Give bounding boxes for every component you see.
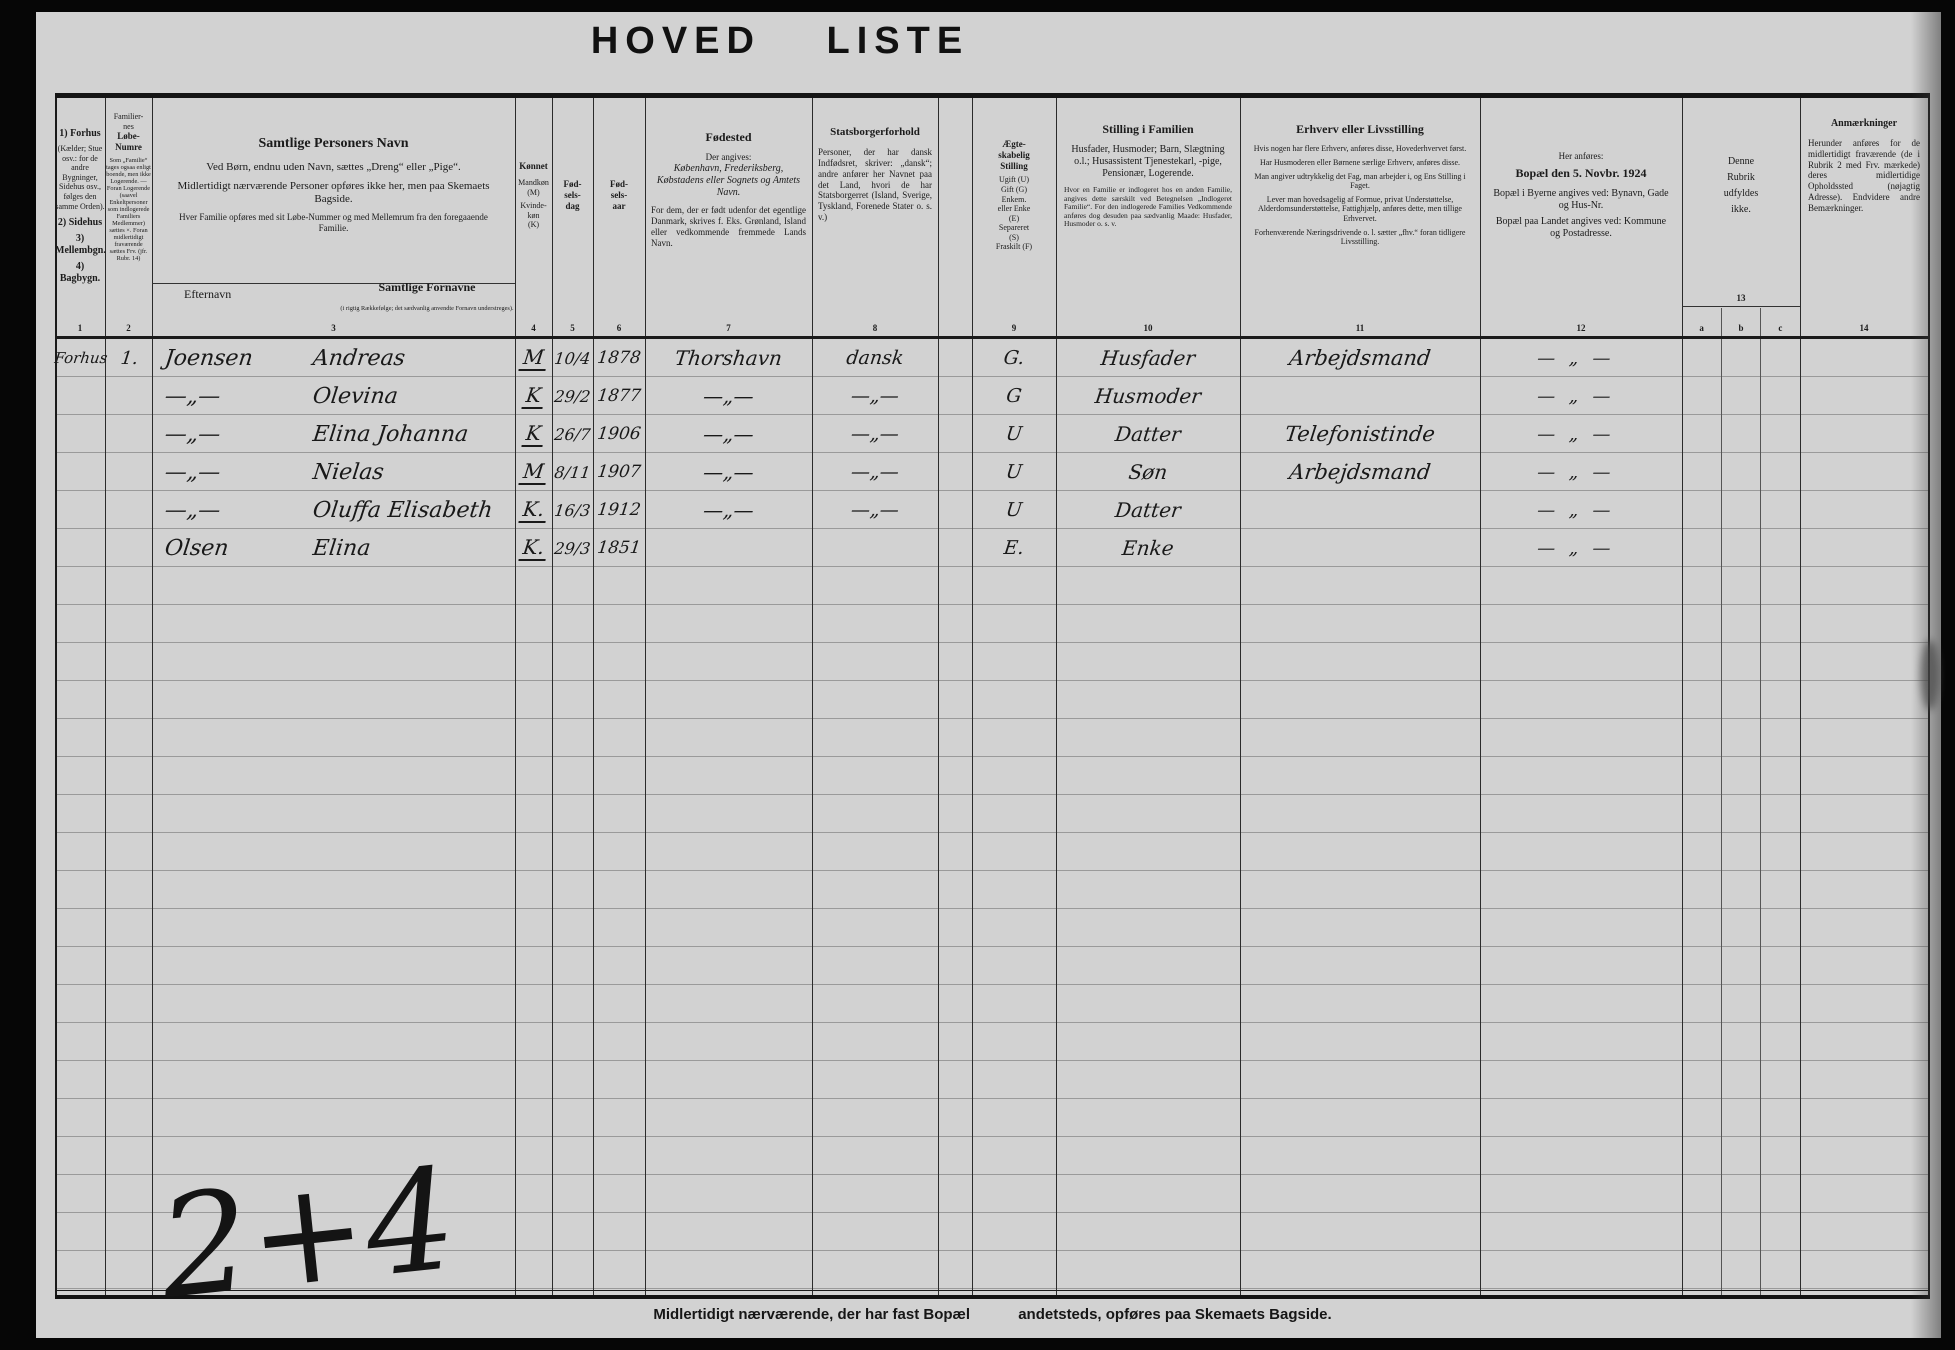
header-text: Ugift (U)	[972, 175, 1056, 185]
cell-firstnames: Olevina	[311, 377, 518, 415]
cell-birthyear: 1851	[591, 529, 648, 567]
cell-occupation	[1238, 529, 1483, 567]
header-text: sels-	[552, 190, 593, 201]
header-text: Der angives:	[651, 152, 806, 163]
header-title: Kønnet	[515, 161, 552, 172]
cell-residence: —„—	[1478, 453, 1685, 491]
cell-occupation	[1238, 491, 1483, 529]
cell-surname: Olsen	[153, 529, 326, 567]
header-title: Stilling i Familien	[1064, 122, 1232, 136]
header-text: 3) Mellembgn.	[55, 233, 105, 257]
header-text: køn	[515, 211, 552, 221]
cell-citizenship: —„—	[810, 491, 941, 529]
header-text: eller Enke	[972, 204, 1056, 214]
header-text: Herunder anføres for de midlertidigt fra…	[1808, 138, 1920, 214]
surname-subheader: Efternavn	[184, 287, 231, 301]
header-text: Ægte-	[972, 139, 1056, 150]
header-text: Man angiver udtrykkelig det Fag, man arb…	[1248, 172, 1472, 191]
header-col-remarks: Anmærkninger Herunder anføres for de mid…	[1800, 98, 1928, 336]
column-number: 1	[55, 323, 105, 334]
cell-family-position: Enke	[1054, 529, 1243, 567]
header-col-birthyear: Fød- sels- aar 6	[593, 98, 645, 336]
cell-birthday: 29/2	[550, 377, 596, 415]
cell-surname: —„—	[153, 415, 326, 453]
column-number: 4	[515, 323, 552, 334]
cell-birthyear: 1907	[591, 453, 648, 491]
cell-firstnames: Elina	[311, 529, 518, 567]
cell-sex: M	[513, 453, 555, 491]
cell-occupation: Arbejdsmand	[1238, 453, 1483, 491]
header-text: Bopæl paa Landet angives ved: Kommune og…	[1490, 216, 1672, 240]
header-title: Erhverv eller Livsstilling	[1248, 122, 1472, 136]
table-row: —„— Elina Johanna K 26/7 1906 —„— —„— U …	[55, 415, 1930, 453]
cell-residence: —„—	[1478, 491, 1685, 529]
cell-citizenship: —„—	[810, 453, 941, 491]
header-text: aar	[593, 201, 645, 212]
cell-marital-status: U	[970, 453, 1059, 491]
table-row: —„— Oluffa Elisabeth K. 16/3 1912 —„— —„…	[55, 491, 1930, 529]
header-text: København, Frederiksberg, Købstadens ell…	[651, 163, 806, 199]
header-col-occupation: Erhverv eller Livsstilling Hvis nogen ha…	[1240, 98, 1480, 336]
name-subheaders: Efternavn Samtlige Fornavne (i rigtig Ræ…	[152, 273, 515, 323]
cell-birthplace: Thorshavn	[643, 339, 815, 377]
cell-citizenship: —„—	[810, 415, 941, 453]
header-text: Lever man hovedsagelig af Formue, privat…	[1248, 195, 1472, 224]
header-text: Gift (G)	[972, 185, 1056, 195]
subcolumn-c: c	[1761, 323, 1800, 334]
sex-value: M	[519, 459, 549, 485]
cell-marital-status: U	[970, 415, 1059, 453]
sex-value: K	[521, 383, 545, 409]
header-text: Midlertidigt nærværende Personer opføres…	[166, 180, 501, 206]
cell-birthyear: 1877	[591, 377, 648, 415]
subcolumn-letters: a b c	[1682, 323, 1800, 334]
footer-note-left: Midlertidigt nærværende, der har fast Bo…	[653, 1306, 970, 1323]
header-text: Stilling	[972, 161, 1056, 172]
cell-building	[53, 529, 110, 567]
cell-firstnames: Andreas	[311, 339, 518, 377]
cell-birthplace: —„—	[643, 377, 815, 415]
header-text: Denne	[1682, 156, 1800, 168]
cell-birthyear: 1878	[591, 339, 648, 377]
cell-birthplace: —„—	[643, 415, 815, 453]
header-text: Har Husmoderen eller Børnene særlige Erh…	[1248, 158, 1472, 168]
header-text: Kvinde-	[515, 201, 552, 211]
header-col-names: Samtlige Personers Navn Ved Børn, endnu …	[152, 98, 515, 336]
header-title: Samtlige Personers Navn	[166, 136, 501, 153]
cell-citizenship: —„—	[810, 377, 941, 415]
cell-building: Forhus	[53, 339, 110, 377]
cell-building	[53, 453, 110, 491]
header-text: Ved Børn, endnu uden Navn, sættes „Dreng…	[166, 161, 501, 174]
column-number: 9	[972, 323, 1056, 334]
column-number: 10	[1056, 323, 1240, 334]
header-text: skabelig	[972, 150, 1056, 161]
column-number: 11	[1240, 323, 1480, 334]
cell-residence: —„—	[1478, 415, 1685, 453]
cell-family-number	[105, 453, 155, 491]
cell-firstnames: Oluffa Elisabeth	[311, 491, 518, 529]
header-text: Enkem.	[972, 195, 1056, 205]
cell-sex: K.	[513, 491, 555, 529]
cell-family-number	[105, 491, 155, 529]
cell-building	[53, 491, 110, 529]
header-text: (M)	[515, 188, 552, 198]
cell-birthyear: 1912	[591, 491, 648, 529]
col-line	[938, 93, 939, 1299]
header-col-residence: Her anføres: Bopæl den 5. Novbr. 1924 Bo…	[1480, 98, 1682, 336]
cell-surname: Joensen	[153, 339, 326, 377]
header-text: Personer, der har dansk Indfødsret, skri…	[818, 147, 932, 223]
header-text: Familier-	[105, 112, 152, 122]
header-title: Anmærkninger	[1808, 118, 1920, 130]
cell-sex: K	[513, 415, 555, 453]
header-text: Fraskilt (F)	[972, 242, 1056, 252]
column-number: 14	[1800, 323, 1928, 334]
header-text: 2) Sidehus	[55, 217, 105, 229]
column-number: 13	[1682, 293, 1800, 304]
header-text: Forhenværende Næringsdrivende o. l. sætt…	[1248, 228, 1472, 247]
header-col-citizenship: Statsborgerforhold Personer, der har dan…	[812, 98, 938, 336]
header-title: Fødested	[651, 130, 806, 144]
cell-birthday: 8/11	[550, 453, 596, 491]
header-text: ikke.	[1682, 204, 1800, 216]
cell-sex: M	[513, 339, 555, 377]
form-title: HOVED LISTE	[0, 20, 1560, 63]
header-title: Statsborgerforhold	[818, 126, 932, 139]
header-col-family-position: Stilling i Familien Husfader, Husmoder; …	[1056, 98, 1240, 336]
cell-residence: —„—	[1478, 377, 1685, 415]
header-text: Hver Familie opføres med sit Løbe-Nummer…	[166, 212, 501, 234]
sex-value: K	[521, 421, 545, 447]
cell-birthday: 10/4	[550, 339, 596, 377]
sex-value: K.	[518, 497, 549, 523]
cell-birthyear: 1906	[591, 415, 648, 453]
cell-marital-status: E.	[970, 529, 1059, 567]
cell-marital-status: G	[970, 377, 1059, 415]
table-row: Olsen Elina K. 29/3 1851 E. Enke —„—	[55, 529, 1930, 567]
header-fine-print: Som „Familie“ tages ogsaa enligt boende,…	[105, 157, 152, 263]
table-row: —„— Nielas M 8/11 1907 —„— —„— U Søn Arb…	[55, 453, 1930, 491]
header-text: Her anføres:	[1490, 151, 1672, 162]
header-col-family-number: Familier- nes Løbe- Numre Som „Familie“ …	[105, 98, 152, 336]
cell-surname: —„—	[153, 453, 326, 491]
column-number: 5	[552, 323, 593, 334]
cell-birthday: 16/3	[550, 491, 596, 529]
cell-firstnames: Elina Johanna	[311, 415, 518, 453]
header-text: (S)	[972, 233, 1056, 243]
cell-marital-status: G.	[970, 339, 1059, 377]
cell-family-number	[105, 377, 155, 415]
sex-value: M	[519, 345, 549, 371]
column-number: 3	[152, 323, 515, 334]
header-col-birthplace: Fødested Der angives: København, Frederi…	[645, 98, 812, 336]
header-col-sex: Kønnet Mandkøn (M) Kvinde- køn (K) 4	[515, 98, 552, 336]
column-number: 6	[593, 323, 645, 334]
header-text: Separeret	[972, 223, 1056, 233]
cell-residence: —„—	[1478, 339, 1685, 377]
census-form-scan: HOVED LISTE 1) Forhus (Kælder;	[0, 0, 1955, 1350]
cell-family-position: Datter	[1054, 415, 1243, 453]
column-number: 2	[105, 323, 152, 334]
handwritten-tally: 2+4	[153, 1150, 461, 1320]
column-number: 7	[645, 323, 812, 334]
subcolumn-b: b	[1721, 323, 1760, 334]
header-text: Fød-	[552, 179, 593, 190]
cell-building	[53, 415, 110, 453]
table-row: Forhus 1. Joensen Andreas M 10/4 1878 Th…	[55, 339, 1930, 377]
header-col-marital-status: Ægte- skabelig Stilling Ugift (U) Gift (…	[972, 98, 1056, 336]
cell-birthplace: —„—	[643, 491, 815, 529]
column-number: 8	[812, 323, 938, 334]
header-text: Numre	[105, 142, 152, 153]
header-text: For dem, der er født udenfor det egentli…	[651, 205, 806, 248]
cell-sex: K.	[513, 529, 555, 567]
header-text: Samtlige Fornavne	[379, 280, 476, 294]
header-fine-print: Hvor en Familie er indlogeret hos en and…	[1064, 186, 1232, 228]
header-text: sels-	[593, 190, 645, 201]
header-text: Løbe-	[105, 131, 152, 142]
cell-family-position: Datter	[1054, 491, 1243, 529]
firstnames-subheader: Samtlige Fornavne (i rigtig Rækkefølge; …	[337, 277, 517, 315]
cell-birthplace	[643, 529, 815, 567]
header-text: 1) Forhus	[55, 128, 105, 140]
subcolumn-a: a	[1682, 323, 1721, 334]
header-text: Bopæl i Byerne angives ved: Bynavn, Gade…	[1490, 188, 1672, 212]
cell-surname: —„—	[153, 377, 326, 415]
cell-building	[53, 377, 110, 415]
header-text: Mandkøn	[515, 178, 552, 188]
header-text: (Kælder; Stue osv.: for de andre Bygning…	[55, 144, 105, 211]
cell-occupation: Arbejdsmand	[1238, 339, 1483, 377]
cell-citizenship: dansk	[810, 339, 941, 377]
cell-birthday: 26/7	[550, 415, 596, 453]
header-col-do-not-fill: Denne Rubrik udfyldes ikke. 13 a b c	[1682, 98, 1800, 336]
header-text: 4) Bagbygn.	[55, 261, 105, 285]
cell-firstnames: Nielas	[311, 453, 518, 491]
cell-family-position: Husfader	[1054, 339, 1243, 377]
cell-birthday: 29/3	[550, 529, 596, 567]
header-text: dag	[552, 201, 593, 212]
header-text: Fød-	[593, 179, 645, 190]
header-text: (E)	[972, 214, 1056, 224]
header-text: Husfader, Husmoder; Barn, Slægtning o.l.…	[1064, 144, 1232, 180]
cell-family-number: 1.	[105, 339, 155, 377]
header-col-birthday: Fød- sels- dag 5	[552, 98, 593, 336]
cell-occupation: Telefonistinde	[1238, 415, 1483, 453]
header-col-building: 1) Forhus (Kælder; Stue osv.: for de and…	[55, 98, 105, 336]
header-fine-print: (i rigtig Rækkefølge; det sædvanlig anve…	[340, 305, 513, 312]
cell-family-number	[105, 529, 155, 567]
header-text: Hvis nogen har flere Erhverv, anføres di…	[1248, 144, 1472, 154]
header-text: (K)	[515, 220, 552, 230]
cell-family-number	[105, 415, 155, 453]
census-table: 1) Forhus (Kælder; Stue osv.: for de and…	[55, 93, 1930, 1299]
cell-occupation	[1238, 377, 1483, 415]
cell-sex: K	[513, 377, 555, 415]
cell-citizenship	[810, 529, 941, 567]
header-text: nes	[105, 122, 152, 132]
cell-residence: —„—	[1478, 529, 1685, 567]
column-number: 12	[1480, 323, 1682, 334]
cell-family-position: Husmoder	[1054, 377, 1243, 415]
header-text: Rubrik	[1682, 172, 1800, 184]
sex-value: K.	[518, 535, 549, 561]
cell-family-position: Søn	[1054, 453, 1243, 491]
cell-surname: —„—	[153, 491, 326, 529]
header-text: udfyldes	[1682, 188, 1800, 200]
header-title: Bopæl den 5. Novbr. 1924	[1490, 166, 1672, 180]
cell-marital-status: U	[970, 491, 1059, 529]
table-row: —„— Olevina K 29/2 1877 —„— —„— G Husmod…	[55, 377, 1930, 415]
footer-note-right: andetsteds, opføres paa Skemaets Bagside…	[1018, 1306, 1331, 1323]
cell-birthplace: —„—	[643, 453, 815, 491]
scan-edge-shadow	[1911, 12, 1941, 1338]
